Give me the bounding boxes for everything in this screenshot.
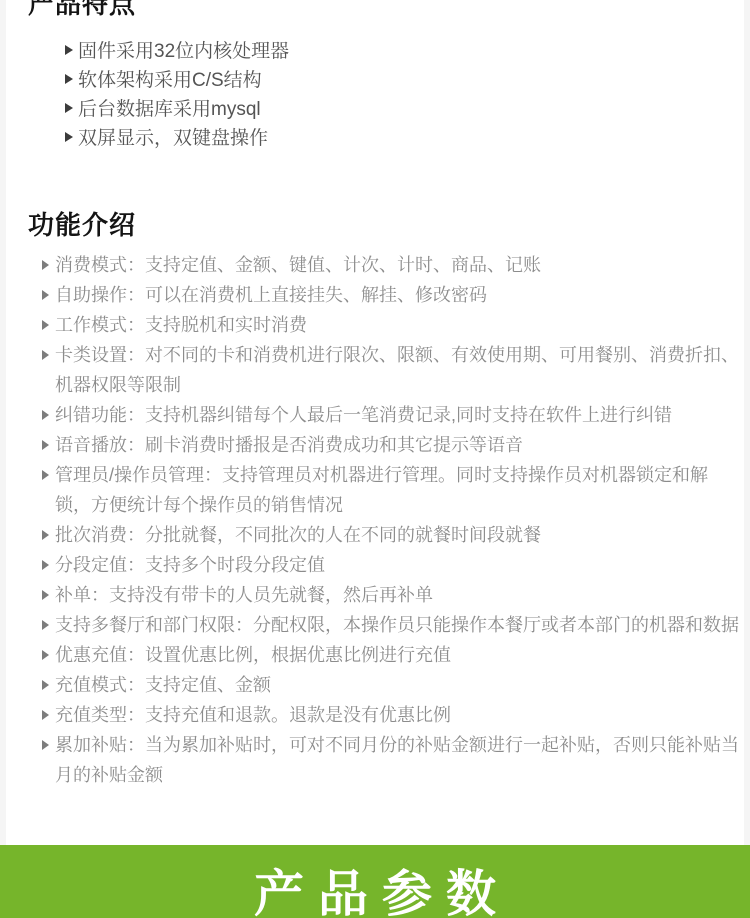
function-item: 补单：支持没有带卡的人员先就餐，然后再补单 bbox=[42, 580, 746, 610]
function-item-label: 分段定值：支持多个时段分段定值 bbox=[55, 550, 743, 580]
feature-item-label: 软体架构采用C/S结构 bbox=[78, 65, 262, 92]
triangle-bullet-icon bbox=[65, 132, 73, 142]
function-item: 纠错功能：支持机器纠错每个人最后一笔消费记录,同时支持在软件上进行纠错 bbox=[42, 400, 746, 430]
triangle-bullet-icon bbox=[42, 620, 49, 630]
triangle-bullet-icon bbox=[42, 530, 49, 540]
triangle-bullet-icon bbox=[42, 440, 49, 450]
function-item: 充值类型：支持充值和退款。退款是没有优惠比例 bbox=[42, 700, 746, 730]
function-item-label: 纠错功能：支持机器纠错每个人最后一笔消费记录,同时支持在软件上进行纠错 bbox=[55, 400, 743, 430]
function-item-label: 支持多餐厅和部门权限：分配权限，本操作员只能操作本餐厅或者本部门的机器和数据 bbox=[55, 610, 743, 640]
function-item-label: 累加补贴：当为累加补贴时，可对不同月份的补贴金额进行一起补贴，否则只能补贴当月的… bbox=[55, 730, 743, 790]
functions-section-title: 功能介绍 bbox=[28, 211, 750, 239]
function-item-label: 充值类型：支持充值和退款。退款是没有优惠比例 bbox=[55, 700, 743, 730]
feature-item: 软体架构采用C/S结构 bbox=[65, 64, 750, 93]
function-item-label: 语音播放：刷卡消费时播报是否消费成功和其它提示等语音 bbox=[55, 430, 743, 460]
triangle-bullet-icon bbox=[42, 350, 49, 360]
triangle-bullet-icon bbox=[65, 103, 73, 113]
triangle-bullet-icon bbox=[42, 260, 49, 270]
triangle-bullet-icon bbox=[42, 680, 49, 690]
triangle-bullet-icon bbox=[42, 560, 49, 570]
product-params-banner-title: 产品参数 bbox=[0, 868, 750, 918]
function-item: 充值模式：支持定值、金额 bbox=[42, 670, 746, 700]
triangle-bullet-icon bbox=[42, 590, 49, 600]
function-item-label: 优惠充值：设置优惠比例，根据优惠比例进行充值 bbox=[55, 640, 743, 670]
function-item: 自助操作：可以在消费机上直接挂失、解挂、修改密码 bbox=[42, 280, 746, 310]
function-item: 消费模式：支持定值、金额、键值、计次、计时、商品、记账 bbox=[42, 250, 746, 280]
section-function-intro: 功能介绍 消费模式：支持定值、金额、键值、计次、计时、商品、记账 自助操作：可以… bbox=[0, 211, 750, 790]
feature-item-label: 固件采用32位内核处理器 bbox=[78, 36, 289, 63]
function-item-label: 管理员/操作员管理：支持管理员对机器进行管理。同时支持操作员对机器锁定和解锁，方… bbox=[55, 460, 743, 520]
triangle-bullet-icon bbox=[42, 470, 49, 480]
section-product-features: 产品特点 固件采用32位内核处理器 软体架构采用C/S结构 后台数据库采用mys… bbox=[0, 0, 750, 151]
feature-item-label: 双屏显示，双键盘操作 bbox=[78, 123, 268, 150]
triangle-bullet-icon bbox=[65, 74, 73, 84]
function-item-label: 批次消费：分批就餐，不同批次的人在不同的就餐时间段就餐 bbox=[55, 520, 743, 550]
product-params-banner: 产品参数 bbox=[0, 845, 750, 918]
function-item: 批次消费：分批就餐，不同批次的人在不同的就餐时间段就餐 bbox=[42, 520, 746, 550]
triangle-bullet-icon bbox=[42, 650, 49, 660]
product-description-page: 产品特点 固件采用32位内核处理器 软体架构采用C/S结构 后台数据库采用mys… bbox=[0, 0, 750, 918]
function-item-label: 消费模式：支持定值、金额、键值、计次、计时、商品、记账 bbox=[55, 250, 743, 280]
function-item: 累加补贴：当为累加补贴时，可对不同月份的补贴金额进行一起补贴，否则只能补贴当月的… bbox=[42, 730, 746, 790]
feature-list: 固件采用32位内核处理器 软体架构采用C/S结构 后台数据库采用mysql 双屏… bbox=[65, 35, 750, 151]
triangle-bullet-icon bbox=[42, 410, 49, 420]
function-item: 语音播放：刷卡消费时播报是否消费成功和其它提示等语音 bbox=[42, 430, 746, 460]
triangle-bullet-icon bbox=[65, 45, 73, 55]
function-item: 优惠充值：设置优惠比例，根据优惠比例进行充值 bbox=[42, 640, 746, 670]
page-edge-left bbox=[0, 0, 6, 845]
triangle-bullet-icon bbox=[42, 710, 49, 720]
triangle-bullet-icon bbox=[42, 290, 49, 300]
function-item-label: 自助操作：可以在消费机上直接挂失、解挂、修改密码 bbox=[55, 280, 743, 310]
function-list: 消费模式：支持定值、金额、键值、计次、计时、商品、记账 自助操作：可以在消费机上… bbox=[42, 250, 746, 790]
feature-item: 双屏显示，双键盘操作 bbox=[65, 122, 750, 151]
function-item-label: 补单：支持没有带卡的人员先就餐，然后再补单 bbox=[55, 580, 743, 610]
function-item-label: 充值模式：支持定值、金额 bbox=[55, 670, 743, 700]
function-item: 卡类设置：对不同的卡和消费机进行限次、限额、有效使用期、可用餐别、消费折扣、机器… bbox=[42, 340, 746, 400]
function-item: 支持多餐厅和部门权限：分配权限，本操作员只能操作本餐厅或者本部门的机器和数据 bbox=[42, 610, 746, 640]
feature-item: 固件采用32位内核处理器 bbox=[65, 35, 750, 64]
feature-item-label: 后台数据库采用mysql bbox=[78, 94, 261, 121]
function-item: 分段定值：支持多个时段分段定值 bbox=[42, 550, 746, 580]
features-section-title: 产品特点 bbox=[28, 0, 750, 18]
triangle-bullet-icon bbox=[42, 320, 49, 330]
function-item: 管理员/操作员管理：支持管理员对机器进行管理。同时支持操作员对机器锁定和解锁，方… bbox=[42, 460, 746, 520]
feature-item: 后台数据库采用mysql bbox=[65, 93, 750, 122]
triangle-bullet-icon bbox=[42, 740, 49, 750]
function-item-label: 工作模式：支持脱机和实时消费 bbox=[55, 310, 743, 340]
page-edge-right bbox=[744, 0, 750, 845]
function-item-label: 卡类设置：对不同的卡和消费机进行限次、限额、有效使用期、可用餐别、消费折扣、机器… bbox=[55, 340, 743, 400]
function-item: 工作模式：支持脱机和实时消费 bbox=[42, 310, 746, 340]
